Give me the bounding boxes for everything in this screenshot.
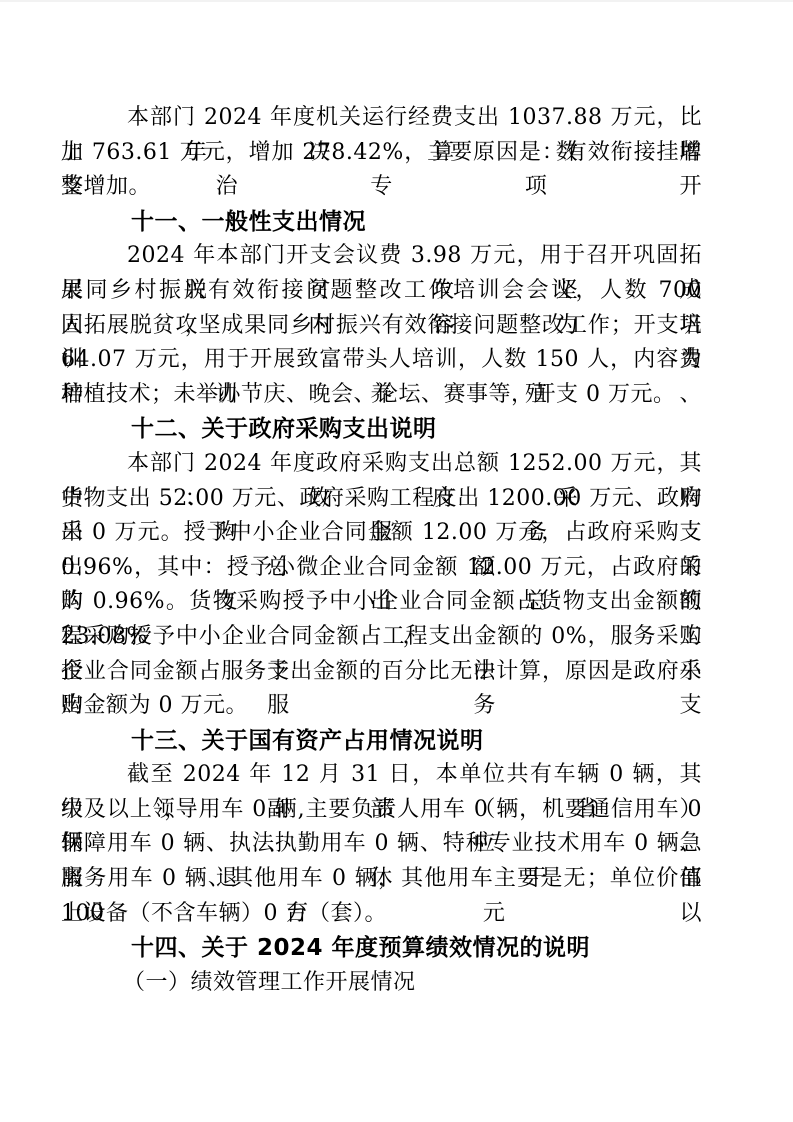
body-text-line: 保障用车 0 辆、执法执勤用车 0 辆、特种专业技术用车 0 辆、离退休干部 [61,827,702,862]
body-text-line: 的 0.96%。货物采购授予中小企业合同金额占货物支出金额的 23.08%，工 [61,585,702,620]
body-text-line: 种植技术；未举办节庆、晚会、论坛、赛事等，开支 0 万元。 [61,378,702,413]
body-text-line: 0.96%，其中：授予小微企业合同金额 12.00 万元，占政府采购支出总额 [61,551,702,586]
page-top-edge [0,0,793,2]
body-text-line: 货物支出 52.00 万元、政府采购工程支出 1200.00 万元、政府采购服务… [61,482,702,517]
body-text-line: 果同乡村振兴有效衔接问题整改工作培训会会议，人数 700 人，内容为巩 [61,274,702,309]
body-text-line: 企业合同金额占服务支出金额的百分比无法计算，原因是政府采购服务支 [61,655,702,690]
body-text-line: 64.07 万元，用于开展致富带头人培训，人数 150 人，内容为培训养殖、 [61,343,702,378]
section-heading-12: 十二、关于政府采购支出说明 [61,412,702,447]
document-content: 本部门 2024 年度机关运行经费支出 1037.88 万元，比上年决算数增 加… [61,101,702,1000]
section-heading-13: 十三、关于国有资产占用情况说明 [61,724,702,759]
body-text-line: 级及以上领导用车 0 辆,主要负责人用车 0 辆，机要通信用车 0 辆、应急 [61,793,702,828]
body-text-line: 本部门 2024 年度政府采购支出总额 1252.00 万元，其中：政府采购 [61,447,702,482]
section-heading-11: 十一、一般性支出情况 [61,205,702,240]
section-heading-14: 十四、关于 2024 年度预算绩效情况的说明 [61,931,702,966]
body-text-line: 出 0 万元。授予中小企业合同金额 12.00 万元，占政府采购支出总额的 [61,516,702,551]
body-text-line: 本部门 2024 年度机关运行经费支出 1037.88 万元，比上年决算数增 [61,101,702,136]
body-text-line: 截至 2024 年 12 月 31 日，本单位共有车辆 0 辆，其中，副部（省） [61,758,702,793]
document-page: 本部门 2024 年度机关运行经费支出 1037.88 万元，比上年决算数增 加… [0,0,793,1122]
body-text-line: 服务用车 0 辆、其他用车 0 辆，其他用车主要是无；单位价值 100 万元以 [61,862,702,897]
subsection-heading-1: （一）绩效管理工作开展情况 [61,966,702,1001]
body-text-line: 固拓展脱贫攻坚成果同乡村振兴有效衔接问题整改工作；开支培训费 [61,309,702,344]
body-text-line: 2024 年本部门开支会议费 3.98 万元，用于召开巩固拓展脱贫攻坚成 [61,239,702,274]
body-text-line: 程采购授予中小企业合同金额占工程支出金额的 0%，服务采购授予中小 [61,620,702,655]
body-text-line: 加 763.61 万元，增加 278.42%，主要原因是：有效衔接挂牌整治专项开 [61,136,702,171]
